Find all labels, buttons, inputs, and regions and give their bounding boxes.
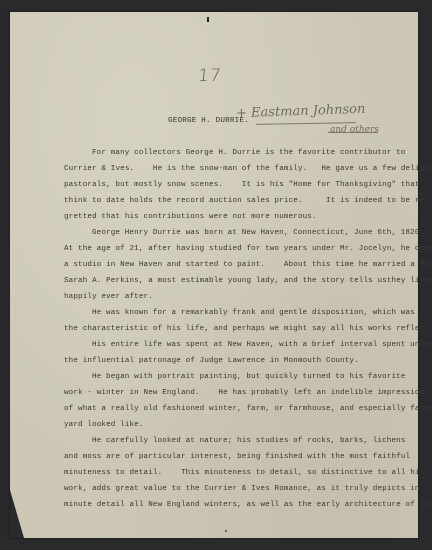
- typed-line: the influential patronage of Judge Lawre…: [64, 356, 359, 366]
- folded-corner: [10, 490, 24, 538]
- typed-line: and moss are of particular interest, bei…: [64, 452, 410, 462]
- typed-line: He was known for a remarkably frank and …: [92, 308, 415, 318]
- typed-line: work, adds great value to the Currier & …: [64, 484, 420, 494]
- typed-line: At the age of 21, after having studied f…: [64, 244, 432, 254]
- typed-line: For many collectors George H. Durrie is …: [92, 148, 405, 158]
- typed-line: work - winter in New England. He has pro…: [64, 388, 424, 398]
- typed-line: happily ever after.: [64, 292, 153, 302]
- typed-line: minute detail all New England winters, a…: [64, 500, 432, 510]
- annotation-strike-line: [328, 132, 378, 133]
- typed-line: minuteness to detail. This minuteness to…: [64, 468, 424, 478]
- typed-line: the characteristic of his life, and perh…: [64, 324, 432, 334]
- handwritten-annotation-secondary: and others: [330, 125, 379, 135]
- handwritten-page-number: 17: [197, 66, 223, 86]
- page-number-mark: [207, 17, 209, 22]
- typed-line: pastorals, but mostly snow scenes. It is…: [64, 180, 429, 190]
- typed-line: yard looked like.: [64, 420, 144, 430]
- typed-line: gretted that his contributions were not …: [64, 212, 317, 222]
- typed-line: His entire life was spent at New Haven, …: [92, 340, 432, 350]
- typed-line: think to date holds the record auction s…: [64, 196, 429, 206]
- typed-line: of what a really old fashioned winter, f…: [64, 404, 432, 414]
- typed-line: a studio in New Haven and started to pai…: [64, 260, 432, 270]
- typed-line: He carefully looked at nature; his studi…: [92, 436, 405, 446]
- typed-line: Currier & Ives. He is the snow-man of th…: [64, 164, 432, 174]
- paper-speck: [225, 530, 227, 532]
- typed-line: Sarah A. Perkins, a most estimable young…: [64, 276, 432, 286]
- typed-line: He began with portrait painting, but qui…: [92, 372, 405, 382]
- typed-line: George Henry Durrie was born at New Have…: [92, 228, 424, 238]
